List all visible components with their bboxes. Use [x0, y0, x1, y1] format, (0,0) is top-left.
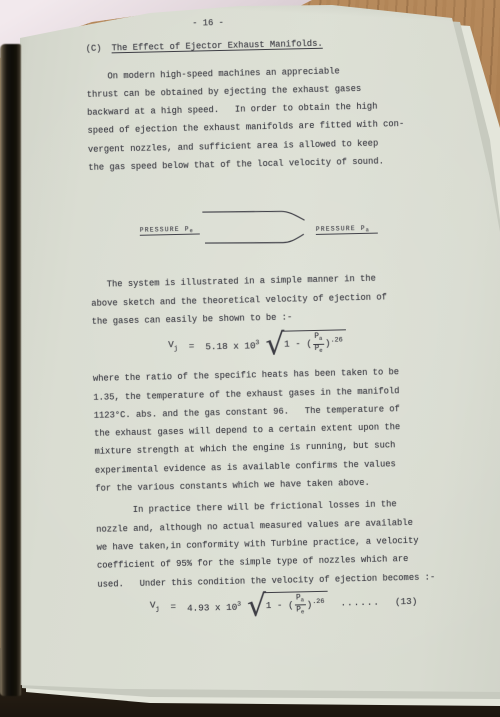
radical-sign: √: [265, 331, 285, 358]
radicand: 1 - (PaPe).26: [281, 330, 346, 358]
equals-sign: =: [189, 337, 195, 355]
radicand: 1 - (PaPe).26: [262, 591, 327, 619]
pressure-right-label: PRESSURE Pa: [316, 225, 369, 235]
velocity-symbol: Vj: [168, 336, 178, 358]
nozzle-sketch: PRESSURE Pe PRESSURE Pa: [139, 197, 380, 256]
coefficient: 4.93 x 103: [187, 595, 242, 617]
pressure-left-underline: [140, 234, 200, 235]
section-label: (C): [86, 44, 102, 54]
paragraph-intro: On modern high-speed machines an appreci…: [86, 60, 450, 178]
coefficient: 5.18 x 103: [205, 334, 260, 356]
section-title: The Effect of Ejector Exhaust Manifolds.: [111, 39, 322, 54]
nozzle-bottom-wall: [205, 235, 304, 245]
equation-number: (13): [395, 593, 418, 612]
velocity-symbol: Vj: [150, 597, 160, 619]
formula-ideal-velocity: Vj = 5.18 x 103 √ 1 - (PaPe).26: [168, 327, 455, 360]
equals-sign: =: [170, 598, 176, 616]
section-heading: (C)The Effect of Ejector Exhaust Manifol…: [86, 32, 448, 58]
paragraph-constants: where the ratio of the specific heats ha…: [93, 362, 458, 498]
photo-of-typewritten-page: - 16 - (C)The Effect of Ejector Exhaust …: [0, 0, 500, 717]
radical-sign: √: [247, 592, 267, 619]
binding-shadow: [0, 44, 21, 696]
pressure-left-label: PRESSURE Pe: [140, 226, 193, 236]
exponent: .26: [330, 332, 343, 351]
page-content: - 16 - (C)The Effect of Ejector Exhaust …: [85, 9, 460, 623]
pressure-right-underline: [316, 233, 378, 234]
exponent: .26: [312, 593, 325, 612]
ellipsis-dots: ......: [340, 594, 380, 613]
square-root: √ 1 - (PaPe).26: [265, 330, 346, 359]
square-root: √ 1 - (PaPe).26: [247, 591, 328, 620]
pressure-ratio-fraction: PaPe: [294, 595, 305, 616]
paragraph-practice: In practice there will be frictional los…: [96, 494, 460, 593]
paragraph-system: The system is illustrated in a simple ma…: [91, 268, 454, 331]
nozzle-top-wall: [202, 210, 304, 223]
pressure-ratio-fraction: PaPe: [313, 334, 324, 355]
